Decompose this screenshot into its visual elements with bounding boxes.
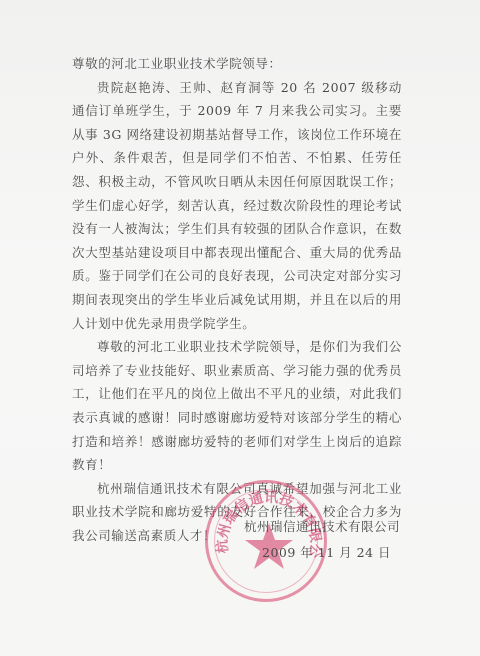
salutation: 尊敬的河北工业职业技术学院领导： xyxy=(72,52,402,76)
paragraph-thanks: 尊敬的河北工业职业技术学院领导，是你们为我们公司培养了专业技能好、职业素质高、学… xyxy=(72,335,402,477)
signature-company: 杭州瑞信通讯技术有限公司 xyxy=(244,517,400,535)
company-seal-stamp: 杭州瑞信通讯技术有限公司 xyxy=(205,480,327,602)
scanned-letter-page: 尊敬的河北工业职业技术学院领导： 贵院赵艳涛、王帅、赵育洞等 20 名 2007… xyxy=(0,0,480,656)
letter-body: 尊敬的河北工业职业技术学院领导： 贵院赵艳涛、王帅、赵育洞等 20 名 2007… xyxy=(72,52,402,547)
paragraph-internship: 贵院赵艳涛、王帅、赵育洞等 20 名 2007 级移动通信订单班学生，于 200… xyxy=(72,76,402,336)
signature-date: 2009 年 11 月 24 日 xyxy=(262,543,391,561)
